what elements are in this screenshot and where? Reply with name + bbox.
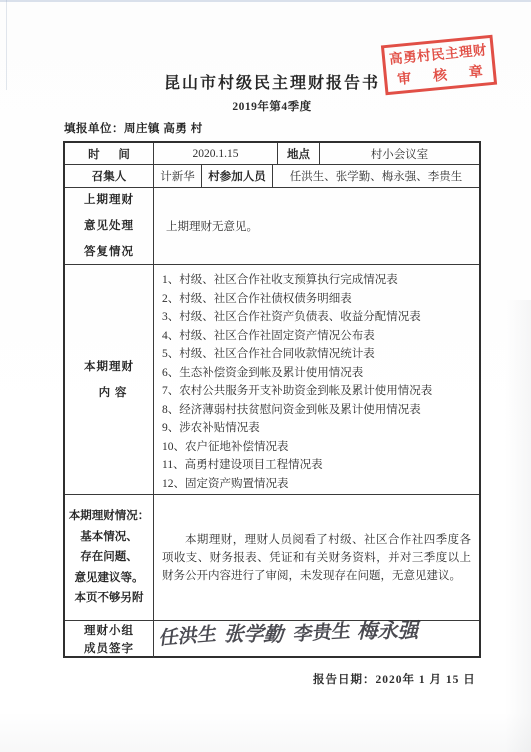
report-item: 6、生态补偿资金到帐及累计使用情况表 [162, 364, 475, 383]
signature-label-line: 理财小组 [84, 622, 134, 640]
current-content-label-line: 内 容 [91, 380, 128, 406]
report-item: 8、经济薄弱村扶贫慰问资金到帐及累计使用情况表 [162, 401, 475, 420]
scan-shadow-bottom [0, 712, 531, 752]
current-summary-label-line: 本页不够另附 [75, 588, 144, 609]
report-item: 1、村级、社区合作社收支预算执行完成情况表 [162, 271, 475, 290]
report-item: 2、村级、社区合作社债权债务明细表 [162, 290, 475, 309]
report-item: 3、村级、社区合作社资产负债表、收益分配情况表 [162, 308, 475, 327]
report-unit-line: 填报单位：周庄镇 高勇 村 [64, 120, 203, 136]
signature-name: 梅永强 [355, 614, 423, 644]
participants-value: 任洪生、张学勤、梅永强、李贵生 [273, 165, 479, 187]
scanned-report-page: 高勇村民主理财 审 核 章 昆山市村级民主理财报告书 2019年第4季度 填报单… [0, 0, 531, 752]
scan-edge-artifact-left [6, 0, 7, 90]
time-label: 时 间 [65, 143, 154, 164]
place-label: 地点 [278, 143, 320, 164]
signature-label: 理财小组 成员签字 [65, 621, 154, 658]
report-item: 4、村级、社区合作社固定资产情况公布表 [162, 327, 475, 346]
current-summary-label-line: 本期理财情况： [69, 506, 150, 527]
report-item: 7、农村公共服务开支补助资金到帐及累计使用情况表 [162, 382, 475, 401]
previous-opinions-content: 上期理财无意见。 [154, 188, 479, 264]
document-subtitle: 2019年第4季度 [63, 98, 481, 114]
signature-name: 任洪生 [158, 618, 219, 650]
previous-opinions-label-line: 意见处理 [84, 213, 134, 239]
participants-label: 村参加人员 [202, 165, 273, 187]
current-content-label-line: 本期理财 [84, 354, 134, 380]
report-item: 12、固定资产购置情况表 [162, 475, 475, 494]
scan-shadow-right [505, 300, 531, 752]
time-value: 2020.1.15 [154, 143, 278, 164]
current-summary-label-line: 存在问题、 [80, 547, 138, 568]
signature-label-line: 成员签字 [84, 640, 134, 658]
report-item: 9、涉农补贴情况表 [162, 419, 475, 438]
previous-opinions-label-line: 答复情况 [84, 239, 134, 265]
report-item: 5、村级、社区合作社合同收款情况统计表 [162, 345, 475, 364]
signature-name: 李贵生 [292, 615, 352, 646]
table-row-current-content: 本期理财 内 容 1、村级、社区合作社收支预算执行完成情况表 2、村级、社区合作… [65, 265, 479, 495]
current-summary-label-line: 意见建议等。 [75, 568, 144, 589]
previous-opinions-label: 上期理财 意见处理 答复情况 [65, 188, 154, 264]
signature-name: 张学勤 [222, 618, 290, 647]
table-row-time-place: 时 间 2020.1.15 地点 村小会议室 [65, 143, 479, 165]
table-row-current-summary: 本期理财情况： 基本情况、 存在问题、 意见建议等。 本页不够另附 本期理财，理… [65, 495, 479, 621]
convener-label: 召集人 [65, 165, 154, 187]
report-item: 10、农户征地补偿情况表 [162, 438, 475, 457]
handwritten-signatures: 任洪生 张学勤 李贵生 梅永强 [159, 605, 460, 657]
current-summary-label: 本期理财情况： 基本情况、 存在问题、 意见建议等。 本页不够另附 [65, 495, 154, 620]
table-row-signatures: 理财小组 成员签字 任洪生 张学勤 李贵生 梅永强 [65, 621, 479, 658]
report-item: 11、高勇村建设项目工程情况表 [162, 456, 475, 475]
signature-cell: 任洪生 张学勤 李贵生 梅永强 [154, 621, 479, 658]
place-value: 村小会议室 [320, 143, 479, 164]
current-summary-content-cell: 本期理财，理财人员阅看了村级、社区合作社四季度各项收支、财务报表、凭证和有关财务… [154, 495, 479, 620]
current-summary-paragraph: 本期理财，理财人员阅看了村级、社区合作社四季度各项收支、财务报表、凭证和有关财务… [162, 531, 471, 585]
current-summary-label-line: 基本情况、 [80, 527, 138, 548]
table-row-previous-opinions: 上期理财 意见处理 答复情况 上期理财无意见。 [65, 188, 479, 265]
document-title: 昆山市村级民主理财报告书 [63, 70, 481, 93]
convener-value: 计新华 [154, 165, 202, 187]
table-row-convener: 召集人 计新华 村参加人员 任洪生、张学勤、梅永强、李贵生 [65, 165, 479, 188]
current-content-label: 本期理财 内 容 [65, 265, 154, 494]
previous-opinions-label-line: 上期理财 [84, 187, 134, 213]
report-date-line: 报告日期：2020年 1 月 15 日 [313, 671, 476, 687]
report-table: 时 间 2020.1.15 地点 村小会议室 召集人 计新华 村参加人员 任洪生… [63, 141, 481, 658]
report-items-list: 1、村级、社区合作社收支预算执行完成情况表 2、村级、社区合作社债权债务明细表 … [154, 265, 479, 494]
scan-edge-artifact-top [0, 0, 531, 2]
